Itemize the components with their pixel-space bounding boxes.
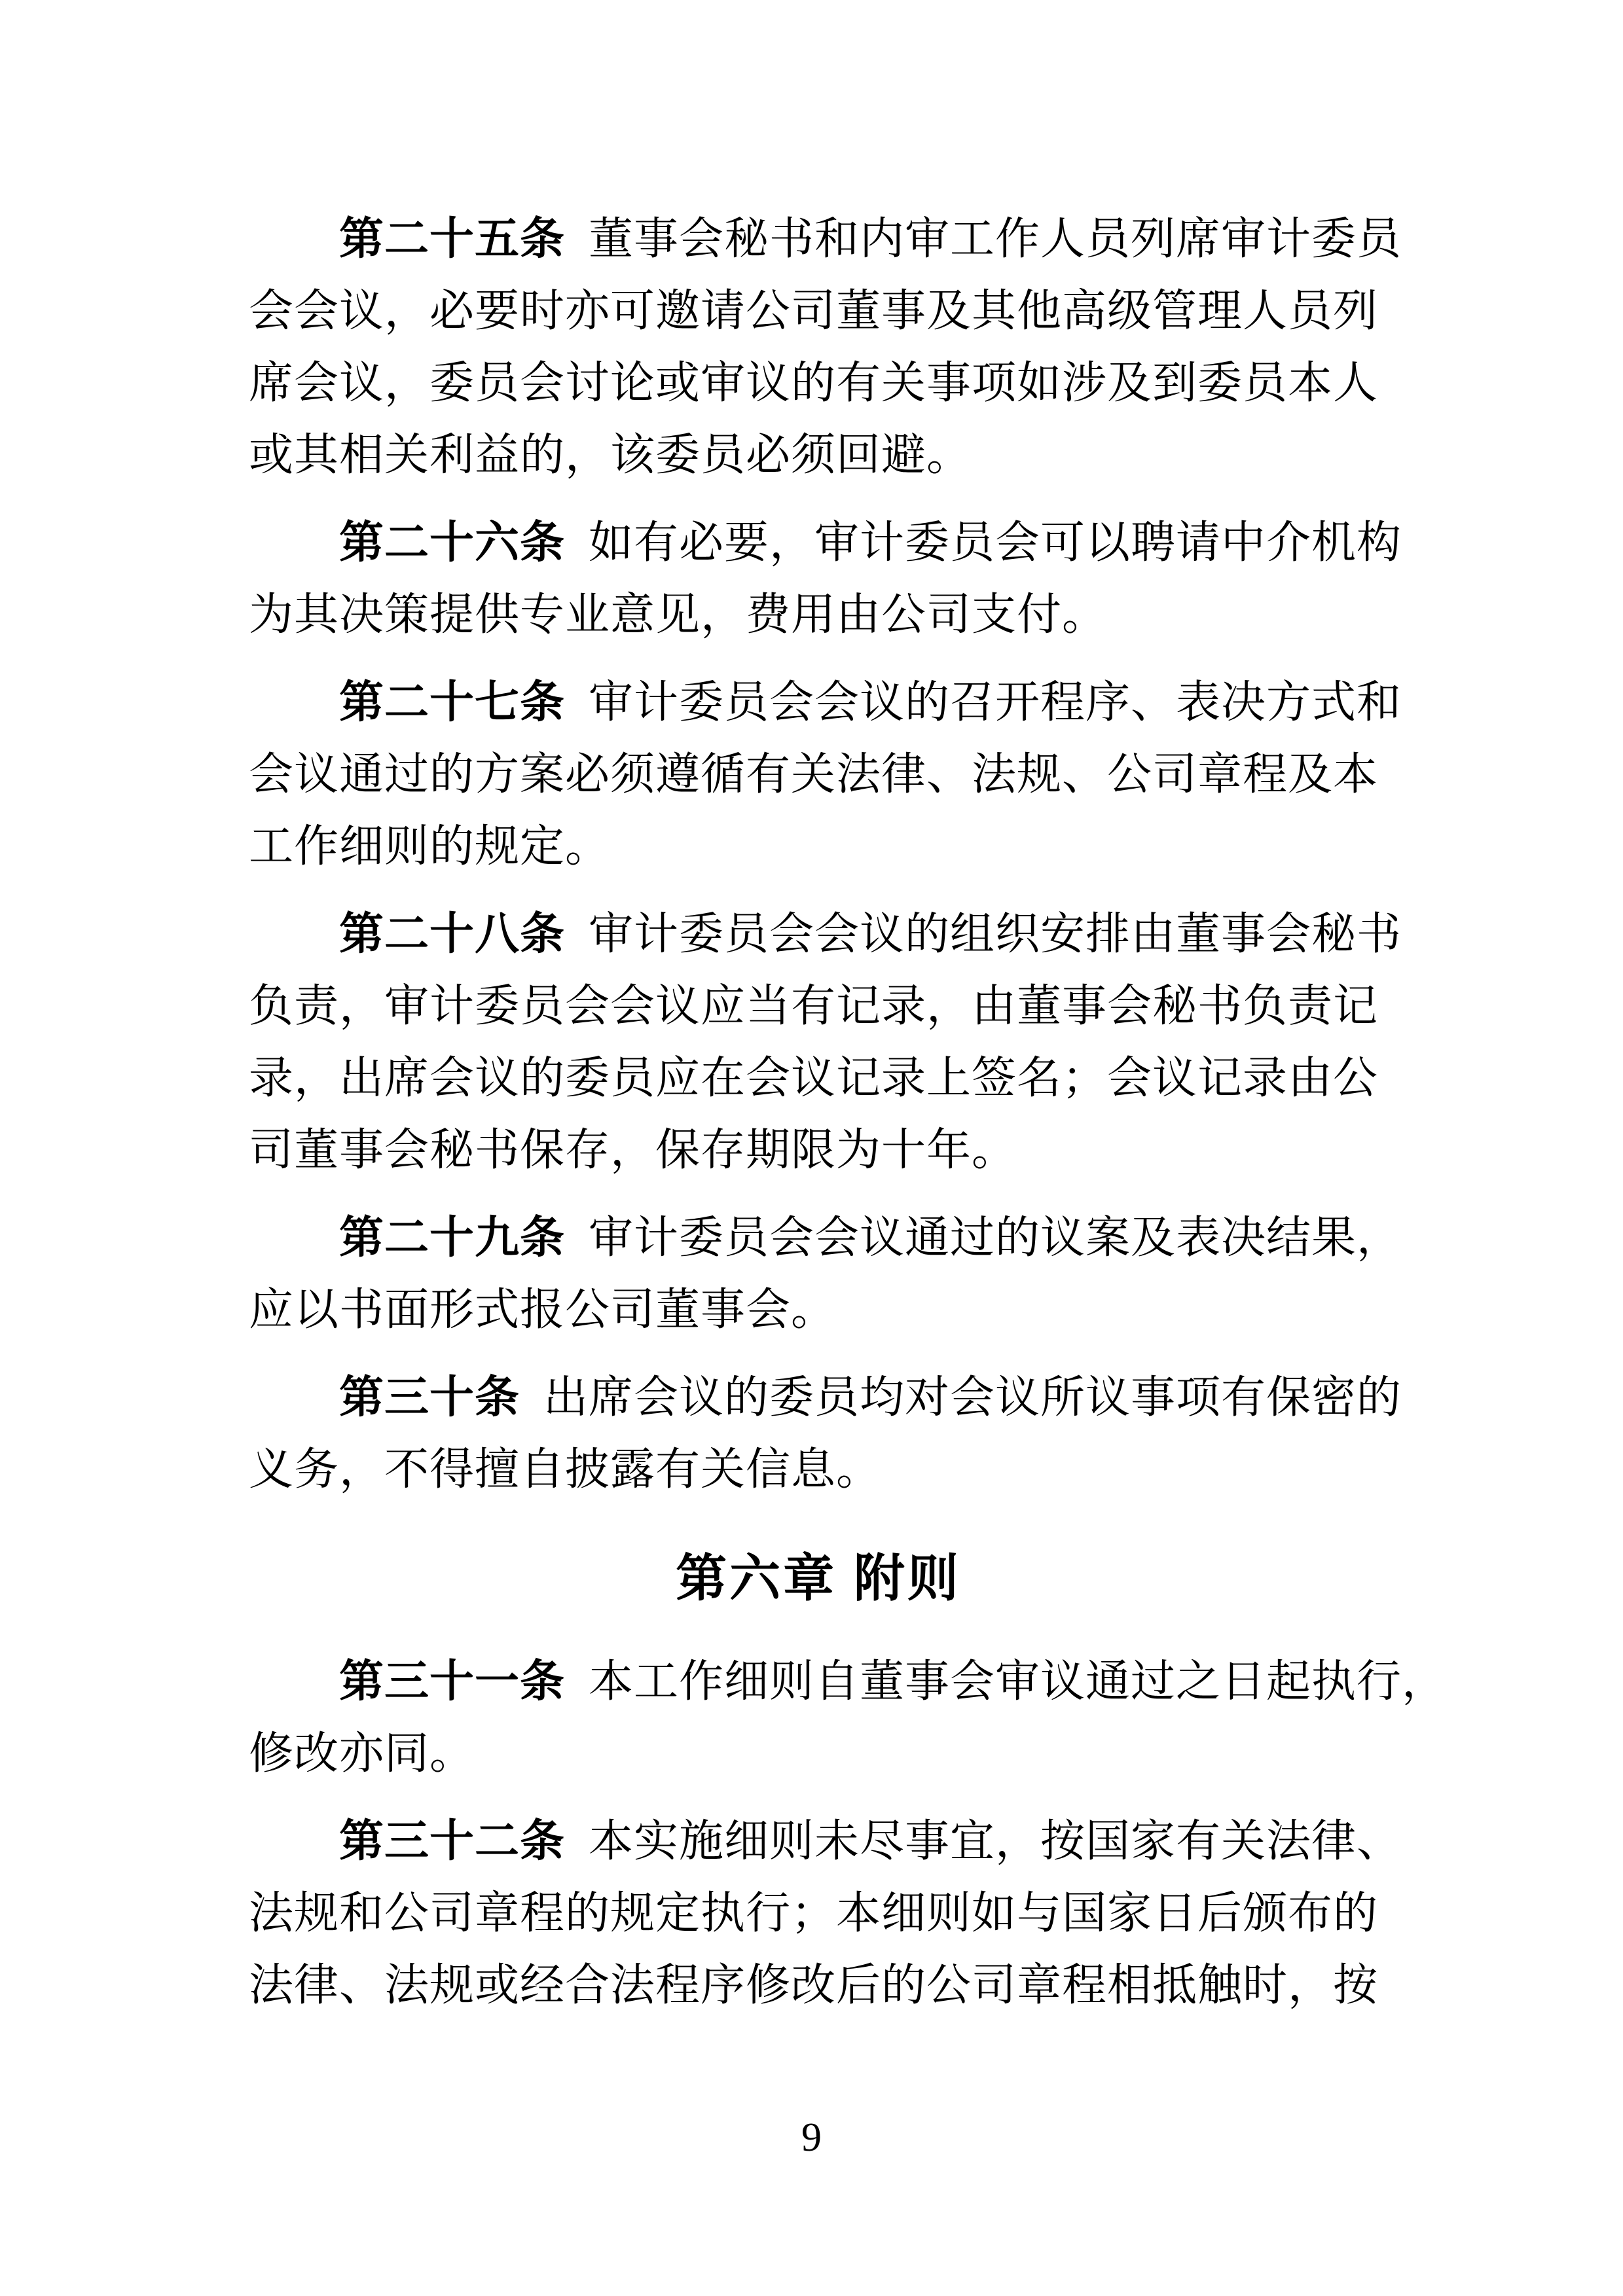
text-run: 审计委员会会议的召开程序、表决方式和 xyxy=(565,677,1402,727)
text-run: 出席会议的委员均对会议所议事项有保密的 xyxy=(520,1372,1402,1422)
text-line: 录，出席会议的委员应在会议记录上签名；会议记录由公 xyxy=(249,1042,1388,1114)
page-number: 9 xyxy=(801,2115,822,2160)
article-number-label: 第二十六条 xyxy=(339,518,565,567)
text-line: 第三十二条 本实施细则未尽事宜，按国家有关法律、 xyxy=(249,1805,1388,1877)
text-run: 录，出席会议的委员应在会议记录上签名；会议记录由公 xyxy=(249,1053,1378,1103)
text-line: 第二十八条 审计委员会会议的组织安排由董事会秘书 xyxy=(249,898,1388,970)
text-line: 义务，不得擅自披露有关信息。 xyxy=(249,1433,1388,1505)
article-number-label: 第二十九条 xyxy=(339,1213,565,1263)
text-run: 法规和公司章程的规定执行；本细则如与国家日后颁布的 xyxy=(249,1888,1378,1938)
text-line: 负责，审计委员会会议应当有记录，由董事会秘书负责记 xyxy=(249,970,1388,1042)
article-number-label: 第二十五条 xyxy=(339,214,565,264)
text-run: 为其决策提供专业意见，费用由公司支付。 xyxy=(249,590,1107,639)
text-run: 法律、法规或经合法程序修改后的公司章程相抵触时，按 xyxy=(249,1960,1378,2010)
text-line: 司董事会秘书保存，保存期限为十年。 xyxy=(249,1114,1388,1186)
document-page: 第二十五条 董事会秘书和内审工作人员列席审计委员会会议，必要时亦可邀请公司董事及… xyxy=(0,0,1623,2296)
text-line: 第三十一条 本工作细则自董事会审议通过之日起执行， xyxy=(249,1645,1388,1717)
text-line: 应以书面形式报公司董事会。 xyxy=(249,1274,1388,1346)
text-line: 会议通过的方案必须遵循有关法律、法规、公司章程及本 xyxy=(249,738,1388,810)
text-line: 修改亦同。 xyxy=(249,1717,1388,1789)
text-run: 审计委员会会议的组织安排由董事会秘书 xyxy=(565,909,1402,959)
text-line: 席会议，委员会讨论或审议的有关事项如涉及到委员本人 xyxy=(249,347,1388,419)
text-line: 第二十七条 审计委员会会议的召开程序、表决方式和 xyxy=(249,666,1388,738)
text-line: 为其决策提供专业意见，费用由公司支付。 xyxy=(249,579,1388,651)
text-run: 审计委员会会议通过的议案及表决结果， xyxy=(565,1213,1402,1263)
chapter-heading: 第六章 附则 xyxy=(249,1542,1388,1614)
text-run: 应以书面形式报公司董事会。 xyxy=(249,1285,836,1335)
document-body: 第二十五条 董事会秘书和内审工作人员列席审计委员会会议，必要时亦可邀请公司董事及… xyxy=(249,187,1388,2021)
article-number-label: 第三十条 xyxy=(339,1372,520,1422)
text-run: 本工作细则自董事会审议通过之日起执行， xyxy=(565,1657,1447,1706)
text-line: 第三十条 出席会议的委员均对会议所议事项有保密的 xyxy=(249,1361,1388,1433)
text-run: 负责，审计委员会会议应当有记录，由董事会秘书负责记 xyxy=(249,981,1378,1031)
text-run: 或其相关利益的，该委员必须回避。 xyxy=(249,430,972,480)
text-line: 第二十六条 如有必要，审计委员会可以聘请中介机构 xyxy=(249,507,1388,579)
article-number-label: 第二十七条 xyxy=(339,677,565,727)
text-line: 第二十五条 董事会秘书和内审工作人员列席审计委员 xyxy=(249,203,1388,275)
text-line: 会会议，必要时亦可邀请公司董事及其他高级管理人员列 xyxy=(249,275,1388,347)
text-run: 本实施细则未尽事宜，按国家有关法律、 xyxy=(565,1816,1402,1866)
page-footer: 9 xyxy=(0,2117,1623,2158)
text-line: 工作细则的规定。 xyxy=(249,810,1388,882)
text-run: 修改亦同。 xyxy=(249,1729,475,1778)
text-line: 法律、法规或经合法程序修改后的公司章程相抵触时，按 xyxy=(249,1949,1388,2021)
article-number-label: 第六章 附则 xyxy=(676,1549,961,1607)
text-run: 董事会秘书和内审工作人员列席审计委员 xyxy=(565,214,1402,264)
text-run: 席会议，委员会讨论或审议的有关事项如涉及到委员本人 xyxy=(249,358,1378,408)
article-number-label: 第二十八条 xyxy=(339,909,565,959)
article-number-label: 第三十二条 xyxy=(339,1816,565,1866)
text-run: 如有必要，审计委员会可以聘请中介机构 xyxy=(565,518,1402,567)
text-run: 会会议，必要时亦可邀请公司董事及其他高级管理人员列 xyxy=(249,286,1378,336)
article-number-label: 第三十一条 xyxy=(339,1657,565,1706)
text-line: 法规和公司章程的规定执行；本细则如与国家日后颁布的 xyxy=(249,1877,1388,1949)
text-run: 会议通过的方案必须遵循有关法律、法规、公司章程及本 xyxy=(249,749,1378,799)
text-run: 义务，不得擅自披露有关信息。 xyxy=(249,1444,881,1494)
text-run: 司董事会秘书保存，保存期限为十年。 xyxy=(249,1125,1017,1175)
text-run: 工作细则的规定。 xyxy=(249,821,610,871)
text-line: 第二十九条 审计委员会会议通过的议案及表决结果， xyxy=(249,1202,1388,1274)
text-line: 或其相关利益的，该委员必须回避。 xyxy=(249,419,1388,491)
